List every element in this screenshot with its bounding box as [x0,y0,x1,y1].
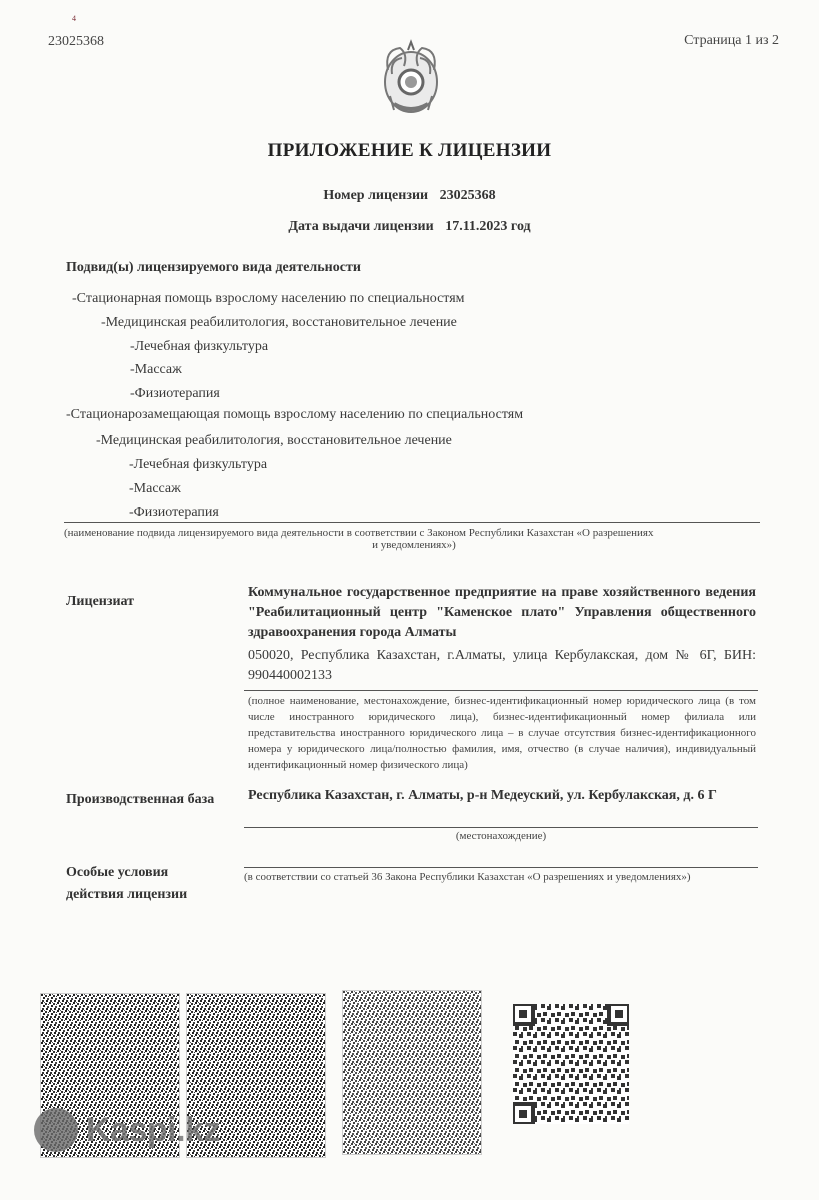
page-indicator: Страница 1 из 2 [684,33,779,49]
document-number: 23025368 [48,34,104,50]
activity-item: -Медицинская реабилитология, восстановит… [101,315,457,331]
divider [244,867,758,868]
kaspi-logo-icon [34,1108,78,1152]
activity-item: -Медицинская реабилитология, восстановит… [96,433,452,449]
activities-heading: Подвид(ы) лицензируемого вида деятельнос… [66,260,361,276]
kaspi-watermark: Kaspi.kz [34,1108,220,1152]
activity-item: -Массаж [130,362,182,378]
activities-caption: (наименование подвида лицензируемого вид… [64,527,764,551]
activity-item: -Массаж [129,481,181,497]
state-emblem-icon [380,10,442,120]
activity-item: -Физиотерапия [130,386,220,402]
document-title: ПРИЛОЖЕНИЕ К ЛИЦЕНЗИИ [0,140,819,162]
qr-code-icon [513,1004,629,1124]
divider [244,827,758,828]
license-number-label: Номер лицензии [323,188,428,203]
activity-item: -Физиотерапия [129,505,219,521]
activity-item: -Стационарозамещающая помощь взрослому н… [66,407,523,423]
licensee-name: Коммунальное государственное предприятие… [248,583,756,643]
watermark-text: Kaspi.kz [86,1111,220,1150]
special-conditions-caption: (в соответствии со статьей 36 Закона Рес… [244,871,758,883]
special-conditions-label: Особые условия действия лицензии [66,862,187,906]
production-base-caption: (местонахождение) [244,830,758,842]
license-date-label: Дата выдачи лицензии [288,219,433,234]
barcode-3-icon [342,990,482,1155]
license-date-line: Дата выдачи лицензии 17.11.2023 год [0,219,819,235]
licensee-caption: (полное наименование, местонахождение, б… [248,693,756,773]
divider [244,690,758,691]
activity-item: -Стационарная помощь взрослому населению… [72,291,465,307]
production-base-label: Производственная база [66,792,214,808]
divider [64,522,760,523]
activity-item: -Лечебная физкультура [129,457,267,473]
license-number-value: 23025368 [440,188,496,203]
license-number-line: Номер лицензии 23025368 [0,188,819,204]
activity-item: -Лечебная физкультура [130,339,268,355]
licensee-label: Лицензиат [66,594,134,610]
license-date-value: 17.11.2023 год [445,219,530,234]
production-base-value: Республика Казахстан, г. Алматы, р-н Мед… [248,786,756,806]
licensee-address: 050020, Республика Казахстан, г.Алматы, … [248,646,756,686]
corner-mark: 4 [72,14,76,23]
